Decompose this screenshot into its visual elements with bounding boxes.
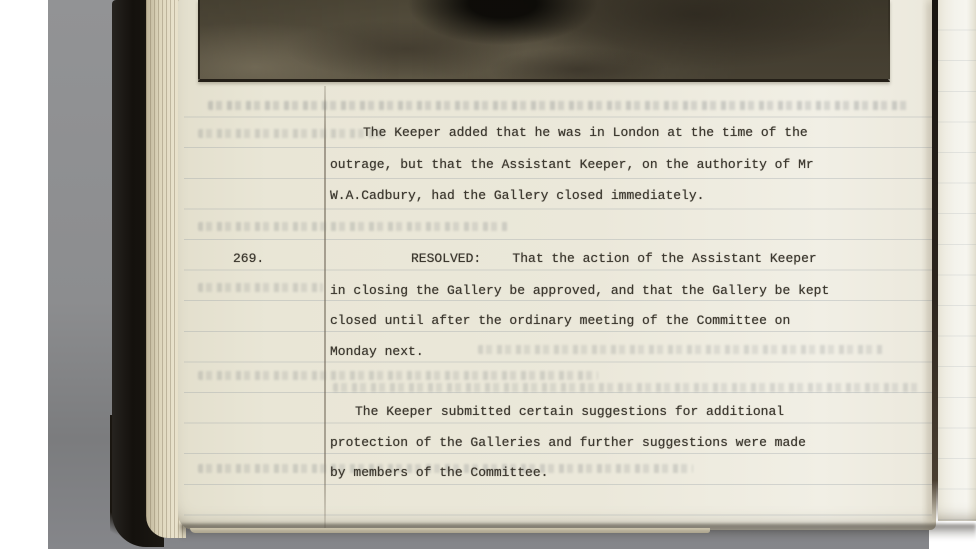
minutes-line: The Keeper submitted certain suggestions… bbox=[355, 404, 784, 420]
bleed-through-text bbox=[198, 129, 388, 138]
margin-rule-line bbox=[324, 86, 326, 528]
bleed-through-text bbox=[478, 345, 883, 354]
ledger-right-page bbox=[938, 0, 976, 521]
bleed-through-text bbox=[198, 283, 323, 292]
minutes-line: outrage, but that the Assistant Keeper, … bbox=[330, 157, 814, 173]
bleed-through-text bbox=[198, 371, 598, 380]
bleed-through-text bbox=[333, 383, 918, 392]
bleed-through-text bbox=[198, 222, 508, 231]
minutes-line: The Keeper added that he was in London a… bbox=[363, 125, 808, 141]
minutes-line: RESOLVED: That the action of the Assista… bbox=[411, 251, 817, 267]
minutes-line: closed until after the ordinary meeting … bbox=[330, 313, 790, 329]
minutes-line: by members of the Committee. bbox=[330, 465, 548, 481]
table-surface: The Keeper added that he was in London a… bbox=[48, 0, 929, 549]
minute-item-number: 269. bbox=[233, 251, 264, 267]
page-bottom-edge bbox=[190, 528, 710, 533]
minutes-line: W.A.Cadbury, had the Gallery closed imme… bbox=[330, 188, 704, 204]
minutes-line: in closing the Gallery be approved, and … bbox=[330, 283, 829, 299]
minutes-line: protection of the Galleries and further … bbox=[330, 435, 806, 451]
bleed-through-text bbox=[208, 101, 908, 110]
pasted-photograph bbox=[198, 0, 890, 82]
minute-book-photograph: The Keeper added that he was in London a… bbox=[0, 0, 976, 549]
minutes-line: Monday next. bbox=[330, 344, 424, 360]
